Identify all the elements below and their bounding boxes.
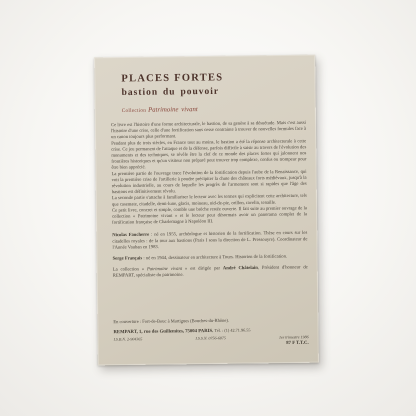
collection-name: Patrimoine vivant — [148, 105, 198, 113]
title-block: PLACES FORTES bastion du pouvoir Collect… — [121, 70, 306, 115]
blurb-paragraph: Pendant plus de trois siècles, en France… — [111, 138, 306, 171]
blurb-paragraph: La première partie de l'ouvrage trace l'… — [112, 169, 307, 196]
blurb: Ce livre est l'histoire d'une forme arch… — [111, 120, 307, 226]
collection-credit: La collection « Patrimoine vivant » est … — [113, 264, 308, 279]
author-bios: Nicolas Faucherre : né en 1955, archéolo… — [112, 230, 307, 262]
blurb-paragraph: Ce livre est l'histoire d'une forme arch… — [111, 120, 306, 141]
director-name: André Châtelain — [223, 266, 258, 271]
edition-date: 1er trimestre 1986 — [279, 334, 309, 340]
author-name: Nicolas Faucherre — [112, 232, 149, 237]
cover-content: PLACES FORTES bastion du pouvoir Collect… — [94, 55, 319, 366]
collection-line: Collection Patrimoine vivant — [122, 103, 306, 114]
author-bio: Serge Français : né en 1944, dessinateur… — [113, 253, 308, 261]
blurb-paragraph: Ce petit livre, concret et simple, combl… — [112, 205, 307, 226]
publisher-address: REMPART, 1, rue des Guillemites, 75004 P… — [113, 328, 213, 334]
author-bio: Nicolas Faucherre : né en 1955, archéolo… — [112, 230, 307, 251]
price: 87 F T.T.C. — [114, 340, 309, 348]
isbn: I.S.B.N. 2-904365 — [114, 336, 143, 342]
author-name: Serge Français — [113, 256, 143, 261]
issn: I.S.S.N. 0756-6875 — [195, 335, 225, 341]
cover-photo-credit: En couverture : Fort-de-Bouc à Martigues… — [113, 317, 308, 325]
photo-background: { "cover": { "title_line1": "PLACES FORT… — [0, 0, 416, 416]
imprint-footer: En couverture : Fort-de-Bouc à Martigues… — [113, 317, 308, 354]
collection-prefix: Collection — [122, 108, 146, 114]
collection-name-italic: Patrimoine vivant — [147, 266, 182, 271]
book-subtitle: bastion du pouvoir — [121, 85, 305, 98]
book-title: PLACES FORTES — [121, 70, 305, 85]
publisher-phone: Tél. : (1) 42.71.96.55 — [213, 327, 250, 332]
book-back-cover: PLACES FORTES bastion du pouvoir Collect… — [94, 55, 319, 366]
